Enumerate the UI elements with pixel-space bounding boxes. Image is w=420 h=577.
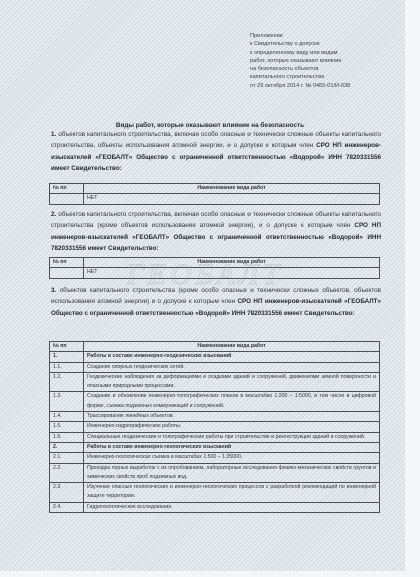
table-row: 1.5. Инженерно-гидрографические работы. (50, 422, 380, 432)
row-num: 1.2. (50, 372, 84, 392)
row-name: Изучение опасных геологических и инженер… (84, 483, 380, 503)
appendix-line: от 29 октября 2014 г. № 0465-01/И-038 (250, 82, 400, 90)
row-num: 1.6. (50, 432, 84, 442)
table-row: 2.4. Гидрогеологические исследования. (50, 502, 380, 512)
table-row: НЕТ (50, 268, 380, 278)
row-name: Работы в составе инженерно-геологических… (84, 442, 380, 452)
row-num: 2.2. (50, 463, 84, 483)
table-row: 2.3. Изучение опасных геологических и ин… (50, 483, 380, 503)
row-name: НЕТ (84, 268, 380, 278)
table-row: 2.2. Проходка горных выработок с их опро… (50, 463, 380, 483)
row-name: Гидрогеологические исследования. (84, 502, 380, 512)
table-row: 1.3. Создание и обновление инженерно-топ… (50, 392, 380, 412)
table-row: 2.1. Инженерно-геологическая съемка в ма… (50, 453, 380, 463)
table-row: НЕТ (50, 194, 380, 204)
works-table-2: № пп Наименование вида работ НЕТ (49, 257, 380, 279)
row-name: Проходка горных выработок с их опробован… (84, 463, 380, 483)
appendix-line: работ, которые оказывают влияние (250, 57, 400, 65)
row-name: Инженерно-гидрографические работы. (84, 422, 380, 432)
appendix-header: Приложение к Свидетельству о допуске к о… (250, 32, 400, 90)
scanned-document-page: Приложение к Свидетельству о допуске к о… (0, 0, 405, 571)
document-title: Виды работ, которые оказывают влияние на… (0, 122, 420, 129)
appendix-line: капитального строительства (250, 73, 400, 81)
table-row: 1.6. Специальные геодезические и топогра… (50, 432, 380, 442)
row-name: Работы в составе инженерно-геодезических… (84, 352, 380, 362)
header-name: Наименование вида работ (84, 258, 380, 268)
row-num: 2.1. (50, 453, 84, 463)
row-name: Геодезические наблюдения за деформациями… (84, 372, 380, 392)
table-row: 1.4. Трассирование линейных объектов. (50, 412, 380, 422)
row-num: 1. (50, 352, 84, 362)
table-header-row: № пп Наименование вида работ (50, 342, 380, 352)
section-2-paragraph: 2. объектов капитального строительства, … (51, 209, 381, 255)
row-num (50, 268, 84, 278)
header-num: № пп (50, 184, 84, 194)
header-num: № пп (50, 342, 84, 352)
row-name: Создание и обновление инженерно-топограф… (84, 392, 380, 412)
appendix-line: на безопасность объектов (250, 65, 400, 73)
row-num (50, 194, 84, 204)
table-group-row: 1. Работы в составе инженерно-геодезичес… (50, 352, 380, 362)
row-name: НЕТ (84, 194, 380, 204)
section-text: объектов капитального строительства, вкл… (51, 211, 381, 229)
works-table-3: № пп Наименование вида работ 1. Работы в… (49, 341, 380, 513)
header-name: Наименование вида работ (84, 184, 380, 194)
table-header-row: № пп Наименование вида работ (50, 258, 380, 268)
table-header-row: № пп Наименование вида работ (50, 184, 380, 194)
header-num: № пп (50, 258, 84, 268)
works-table-1: № пп Наименование вида работ НЕТ (49, 183, 380, 205)
row-num: 2.3. (50, 483, 84, 503)
appendix-line: Приложение (250, 32, 400, 40)
row-num: 1.1. (50, 362, 84, 372)
row-name: Трассирование линейных объектов. (84, 412, 380, 422)
appendix-line: к определенному виду или видам (250, 49, 400, 57)
section-3-paragraph: 3. объектов капитального строительства (… (51, 285, 381, 319)
appendix-line: к Свидетельству о допуске (250, 40, 400, 48)
row-num: 2. (50, 442, 84, 452)
row-name: Инженерно-геологическая съемка в масштаб… (84, 453, 380, 463)
row-name: Специальные геодезические и топографичес… (84, 432, 380, 442)
row-name: Создание опорных геодезических сетей. (84, 362, 380, 372)
table-row: 1.2. Геодезические наблюдения за деформа… (50, 372, 380, 392)
row-num: 1.5. (50, 422, 84, 432)
row-num: 2.4. (50, 502, 84, 512)
table-group-row: 2. Работы в составе инженерно-геологичес… (50, 442, 380, 452)
section-1-paragraph: 1. объектов капитального строительства, … (51, 129, 381, 175)
table-row: 1.1. Создание опорных геодезических сете… (50, 362, 380, 372)
row-num: 1.3. (50, 392, 84, 412)
row-num: 1.4. (50, 412, 84, 422)
header-name: Наименование вида работ (84, 342, 380, 352)
